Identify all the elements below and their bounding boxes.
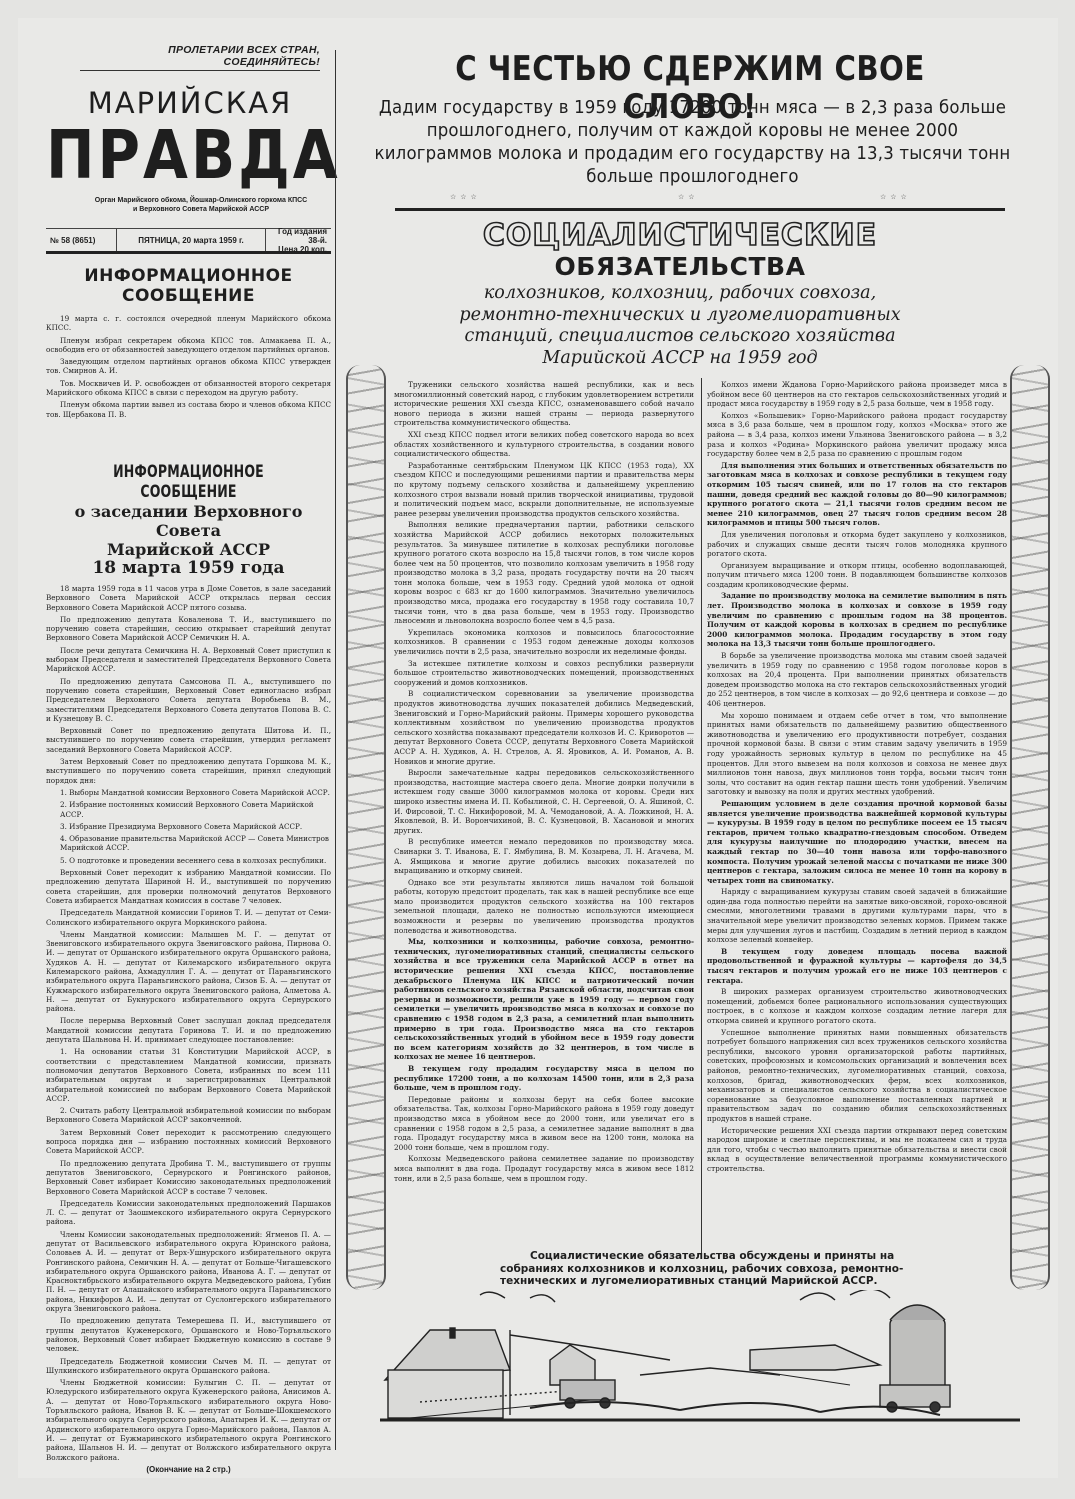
publisher-line-1: Орган Марийского обкома, Йошкар-Олинског…	[86, 196, 316, 205]
paragraph: 1. На основании статьи 31 Конституции Ма…	[46, 1047, 331, 1103]
paragraph: Члены Комиссии законодательных предполож…	[46, 1230, 331, 1314]
paragraph: В социалистическом соревновании за увели…	[394, 689, 694, 766]
obligations-conclusion: Социалистические обязательства обсуждены…	[500, 1250, 960, 1288]
article-subheading-1: о заседании Верховного Совета	[46, 502, 331, 540]
paragraph: Наряду с выращиванием кукурузы ставим св…	[707, 887, 1007, 945]
continuation-note: (Окончание на 2 стр.)	[46, 1465, 331, 1474]
paragraph: Исторические решения XXI съезда партии о…	[707, 1126, 1007, 1174]
paragraph: В республике имеется немало передовиков …	[394, 837, 694, 875]
paragraph: Колхоз «Большевик» Горно-Марийского райо…	[707, 411, 1007, 459]
issue-date: ПЯТНИЦА, 20 марта 1959 г.	[117, 229, 266, 251]
village-illustration	[380, 1290, 1020, 1430]
issue-meta: Год издания 38-й. Цена 20 коп.	[266, 229, 331, 251]
subheading-line: Марийской АССР на 1959 год	[410, 348, 950, 370]
paragraph: Колхозы Медведевского района семилетнее …	[394, 1154, 694, 1183]
column-divider	[335, 50, 336, 1450]
vegetable-ornament-right	[1010, 365, 1050, 1290]
paragraph: XXI съезд КПСС подвел итоги великих побе…	[394, 430, 694, 459]
year-of-publication: Год издания 38-й.	[270, 227, 327, 245]
article-session-info: ИНФОРМАЦИОННОЕ СООБЩЕНИЕ о заседании Вер…	[46, 462, 331, 1474]
article-body: 19 марта с. г. состоялся очередной плену…	[46, 314, 331, 419]
wheat-ornament-left	[346, 365, 386, 1290]
paragraph: За истекшее пятилетие колхозы и совхоз р…	[394, 659, 694, 688]
subheading-line: станций, специалистов сельского хозяйств…	[410, 326, 950, 348]
agenda-item: 5. О подготовке и проведении весеннего с…	[46, 856, 331, 865]
paragraph: В текущем году продадим государству мяса…	[394, 1064, 694, 1093]
obligations-heading: ОБЯЗАТЕЛЬСТВА	[420, 252, 940, 281]
paragraph: Однако все эти результаты являются лишь …	[394, 878, 694, 936]
article-heading: ИНФОРМАЦИОННОЕ СООБЩЕНИЕ	[72, 462, 306, 502]
newspaper-title-main: ПРАВДА	[46, 118, 336, 192]
paragraph: После перерыва Верховный Совет заслушал …	[46, 1016, 331, 1044]
paragraph: Организуем выращивание и откорм птицы, о…	[707, 561, 1007, 590]
paragraph: Затем Верховный Совет по предложению деп…	[46, 757, 331, 785]
paragraph: Для увеличения поголовья и откорма будет…	[707, 530, 1007, 559]
agenda-item: 3. Избрание Президиума Верховного Совета…	[46, 822, 331, 831]
paragraph: Труженики сельского хозяйства нашей респ…	[394, 380, 694, 428]
paragraph: 2. Считать работу Центральной избиратель…	[46, 1106, 331, 1125]
agenda-item: 4. Образование правительства Марийской А…	[46, 834, 331, 853]
paragraph: Мы, колхозники и колхозницы, рабочие сов…	[394, 937, 694, 1062]
paragraph: По предложению депутата Дробина Т. М., в…	[46, 1159, 331, 1196]
paragraph: По предложению депутата Темерешева П. И.…	[46, 1316, 331, 1353]
article-plenum-info: ИНФОРМАЦИОННОЕ СООБЩЕНИЕ 19 марта с. г. …	[46, 266, 331, 422]
paragraph: Для выполнения этих больших и ответствен…	[707, 461, 1007, 528]
paragraph: Верховный Совет переходит к избранию Ман…	[46, 868, 331, 905]
paragraph: Председатель Мандатной комиссии Горинов …	[46, 908, 331, 927]
price: Цена 20 коп.	[278, 245, 327, 254]
obligations-subheading: колхозников, колхозниц, рабочих совхоза,…	[410, 283, 950, 369]
paragraph: Заведующим отделом партийных органов обк…	[46, 357, 331, 376]
paragraph: По предложению депутата Коваленова Т. И.…	[46, 615, 331, 643]
paragraph: Председатель Комиссии законодательных пр…	[46, 1199, 331, 1227]
paragraph: 19 марта с. г. состоялся очередной плену…	[46, 314, 331, 333]
paragraph: По предложению депутата Самсонова П. А.,…	[46, 677, 331, 723]
paragraph: После речи депутата Семичкина Н. А. Верх…	[46, 646, 331, 674]
paragraph: 18 марта 1959 года в 11 часов утра в Дом…	[46, 584, 331, 612]
paragraph: Задание по производству молока на семиле…	[707, 591, 1007, 649]
issue-number: № 58 (8651)	[46, 229, 117, 251]
issue-info-bar: № 58 (8651) ПЯТНИЦА, 20 марта 1959 г. Го…	[46, 228, 331, 254]
star-ornament: ☆☆☆	[880, 193, 911, 201]
paragraph: Укрепилась экономика колхозов и повысило…	[394, 628, 694, 657]
masthead-slogan: ПРОЛЕТАРИИ ВСЕХ СТРАН, СОЕДИНЯЙТЕСЬ!	[80, 44, 320, 71]
publisher-line-2: и Верховного Совета Марийской АССР	[86, 205, 316, 214]
paragraph: Пленум избрал секретарем обкома КПСС тов…	[46, 336, 331, 355]
obligations-column-1: Труженики сельского хозяйства нашей респ…	[394, 380, 694, 1185]
paragraph: Председатель Бюджетной комиссии Сычев М.…	[46, 1357, 331, 1376]
star-ornament: ☆☆☆	[450, 193, 481, 201]
paragraph: В текущем году доведем площадь посева ва…	[707, 947, 1007, 985]
agenda-item: 1. Выборы Мандатной комиссии Верховного …	[46, 788, 331, 797]
paragraph: Члены Мандатной комиссии: Малышев М. Г. …	[46, 930, 331, 1014]
article-heading: ИНФОРМАЦИОННОЕ	[46, 266, 331, 286]
subheading-line: ремонтно-технических и лугомелиоративных	[410, 305, 950, 327]
paragraph: Тов. Москвичев И. Р. освобожден от обяза…	[46, 379, 331, 398]
obligations-heading-outline: СОЦИАЛИСТИЧЕСКИЕ	[420, 218, 940, 253]
banner-rule	[395, 208, 1005, 211]
paragraph: Разработанные сентябрьским Пленумом ЦК К…	[394, 461, 694, 519]
paragraph: Успешное выполнение принятых нами повыше…	[707, 1028, 1007, 1124]
subheading-line: колхозников, колхозниц, рабочих совхоза,	[410, 283, 950, 305]
paragraph: Мы хорошо понимаем и отдаем себе отчет в…	[707, 711, 1007, 797]
agenda-item: 2. Избрание постоянных комиссий Верховно…	[46, 800, 331, 819]
article-subheading-3: 18 марта 1959 года	[46, 559, 331, 578]
publisher-line: Орган Марийского обкома, Йошкар-Олинског…	[86, 196, 316, 214]
paragraph: Передовые районы и колхозы берут на себя…	[394, 1095, 694, 1153]
paragraph: Колхоз имени Жданова Горно-Марийского ра…	[707, 380, 1007, 409]
paragraph: Выполняя великие предначертания партии, …	[394, 520, 694, 626]
paragraph: Члены Бюджетной комиссии: Булыгин С. П. …	[46, 1378, 331, 1462]
article-subheading-2: Марийской АССР	[46, 540, 331, 559]
star-ornament: ☆☆	[678, 193, 699, 201]
paragraph: Выросли замечательные кадры передовиков …	[394, 768, 694, 835]
obligations-column-2: Колхоз имени Жданова Горно-Марийского ра…	[707, 380, 1007, 1176]
article-body: 18 марта 1959 года в 11 часов утра в Дом…	[46, 584, 331, 1462]
column-divider	[701, 378, 702, 1258]
paragraph: Решающим условием в деле создания прочно…	[707, 799, 1007, 885]
article-heading-2: СООБЩЕНИЕ	[46, 286, 331, 306]
banner-subheadline: Дадим государству в 1959 году 17200 тонн…	[373, 96, 1012, 188]
paragraph: В борьбе за увеличение производства моло…	[707, 651, 1007, 709]
paragraph: Верховный Совет по предложению депутата …	[46, 726, 331, 754]
paragraph: Затем Верховный Совет переходит к рассмо…	[46, 1128, 331, 1156]
paragraph: В широких размерах организуем строительс…	[707, 987, 1007, 1025]
paragraph: Пленум обкома партии вывел из состава бю…	[46, 400, 331, 419]
